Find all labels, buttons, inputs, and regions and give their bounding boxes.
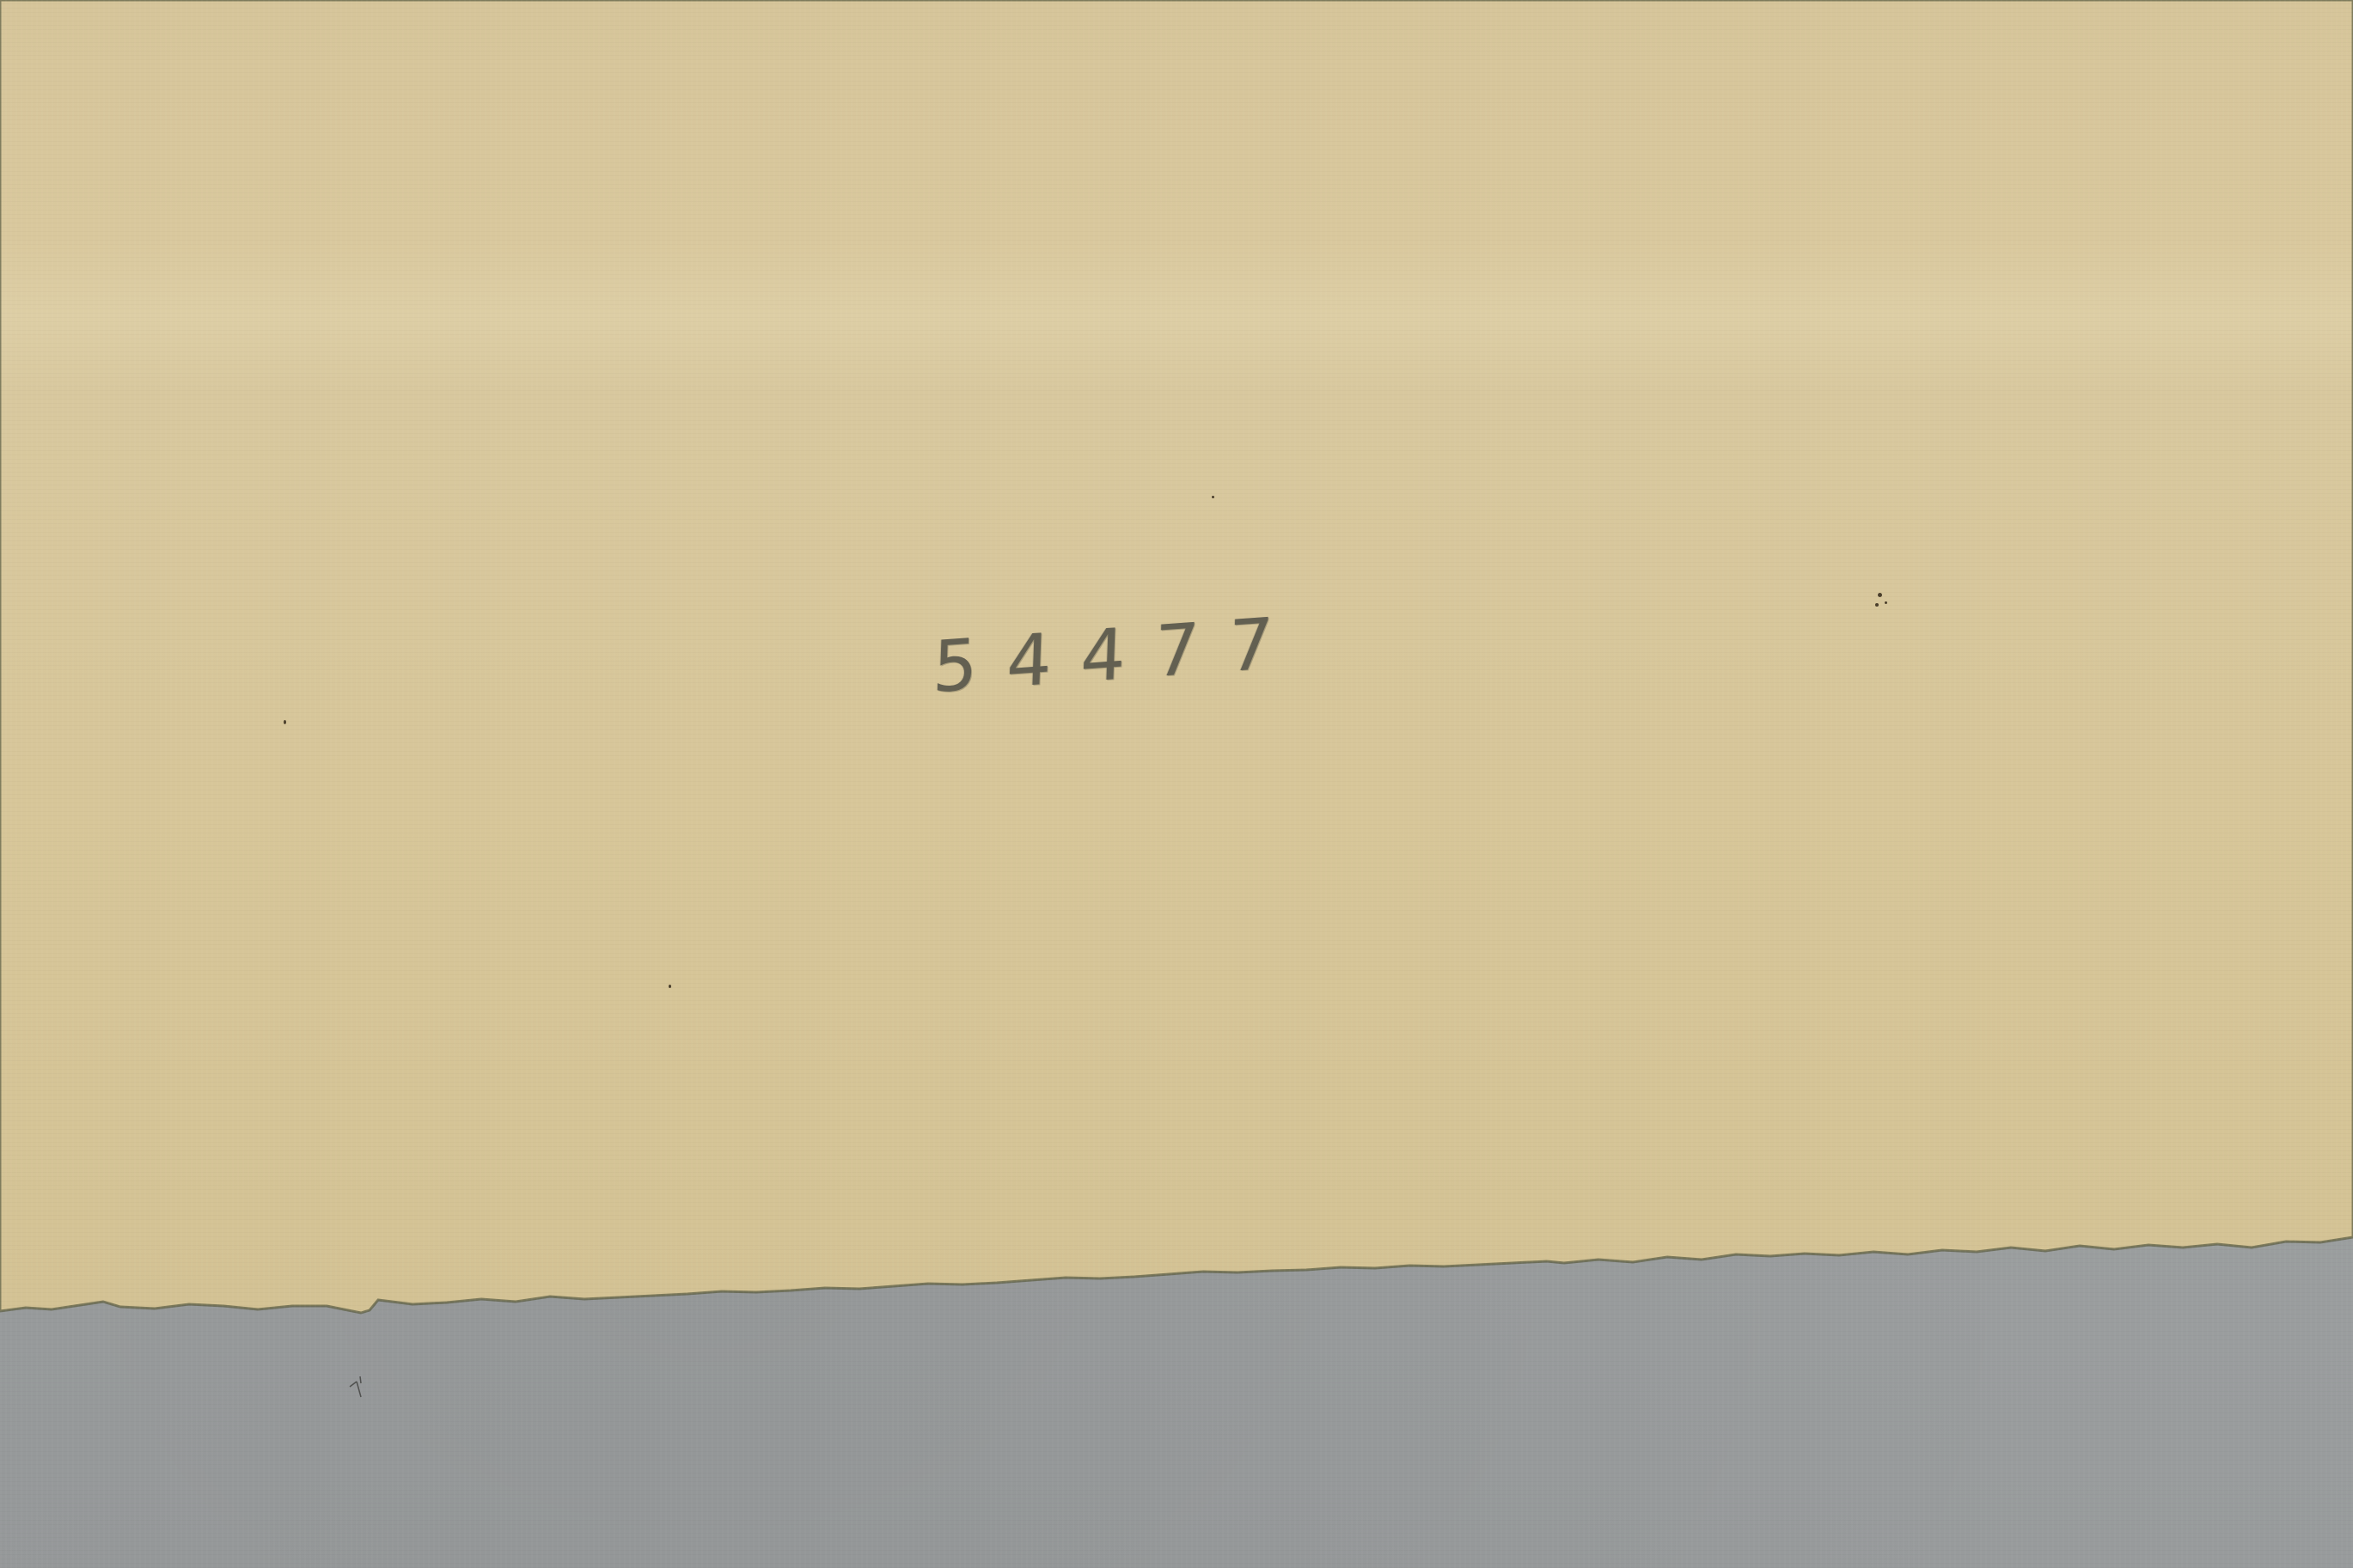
paper-speck (1212, 496, 1214, 498)
paper-speck (669, 985, 671, 988)
torn-paper-sheet (0, 0, 2353, 1568)
paper-speck (1875, 603, 1879, 607)
paper-speck (1878, 593, 1882, 597)
paper-speck (1885, 601, 1887, 604)
pencil-mark (348, 1373, 374, 1399)
photo-scene: 54477 (0, 0, 2353, 1568)
paper-speck (284, 720, 286, 724)
